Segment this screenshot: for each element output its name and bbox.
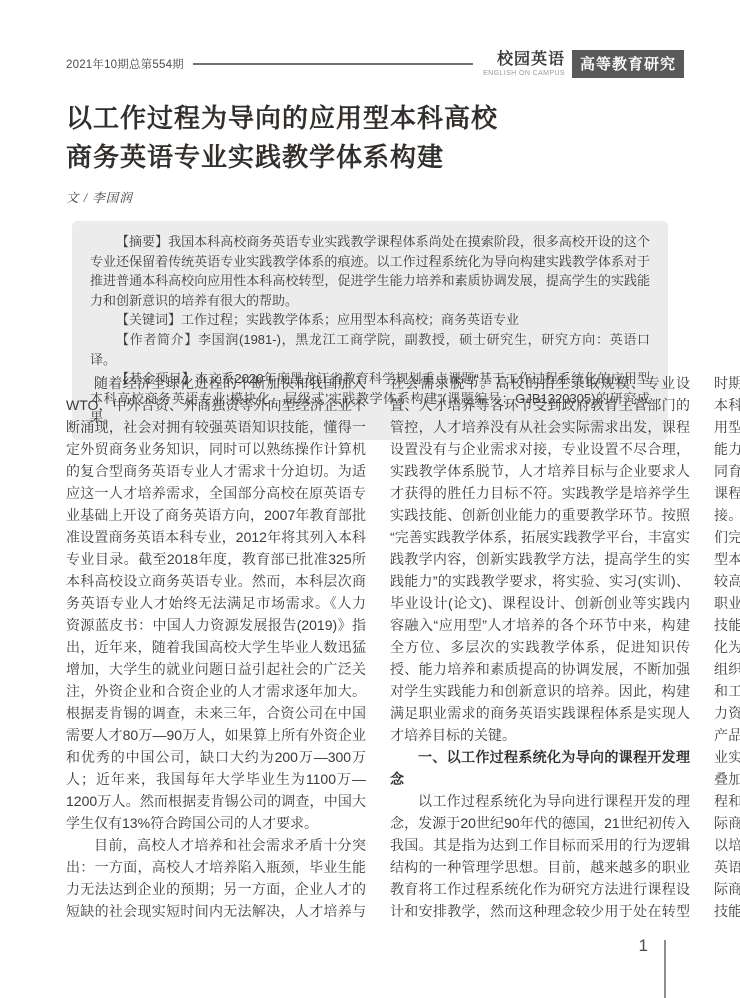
journal-subtitle: ENGLISH ON CAMPUS <box>483 70 565 77</box>
section-heading-1: 一、以工作过程系统化为导向的课程开发理念 <box>390 746 690 790</box>
article-title: 以工作过程为导向的应用型本科高校 商务英语专业实践教学体系构建 <box>66 99 686 177</box>
header-rule <box>193 63 473 65</box>
author-bio-text: 【作者简介】李国润(1981-)，黑龙江工商学院，副教授，硕士研究生，研究方向：… <box>90 330 650 369</box>
body-paragraph: 随着经济全球化进程的不断加快和我国加入WTO，中外合资、外商独资等外向型经济企业… <box>66 372 366 834</box>
page-number-divider <box>664 940 666 998</box>
abstract-text: 【摘要】我国本科高校商务英语专业实践教学课程体系尚处在摸索阶段，很多高校开设的这… <box>90 232 650 310</box>
journal-page: 2021年10期总第554期 校园英语 ENGLISH ON CAMPUS 高等… <box>0 0 740 998</box>
page-number: 1 <box>596 936 648 956</box>
article-byline: 文 / 李国润 <box>66 188 133 206</box>
journal-name: 校园英语 <box>483 52 565 68</box>
page-header: 2021年10期总第554期 校园英语 ENGLISH ON CAMPUS 高等… <box>66 50 684 78</box>
article-body: 随着经济全球化进程的不断加快和我国加入WTO，中外合资、外商独资等外向型经济企业… <box>66 372 690 934</box>
journal-logo: 校园英语 ENGLISH ON CAMPUS <box>483 52 565 77</box>
issue-info: 2021年10期总第554期 <box>66 56 184 72</box>
article-title-line2: 商务英语专业实践教学体系构建 <box>66 138 686 177</box>
keywords-text: 【关键词】工作过程；实践教学体系；应用型本科高校；商务英语专业 <box>90 310 650 330</box>
article-title-line1: 以工作过程为导向的应用型本科高校 <box>66 99 686 138</box>
section-badge: 高等教育研究 <box>572 50 684 78</box>
